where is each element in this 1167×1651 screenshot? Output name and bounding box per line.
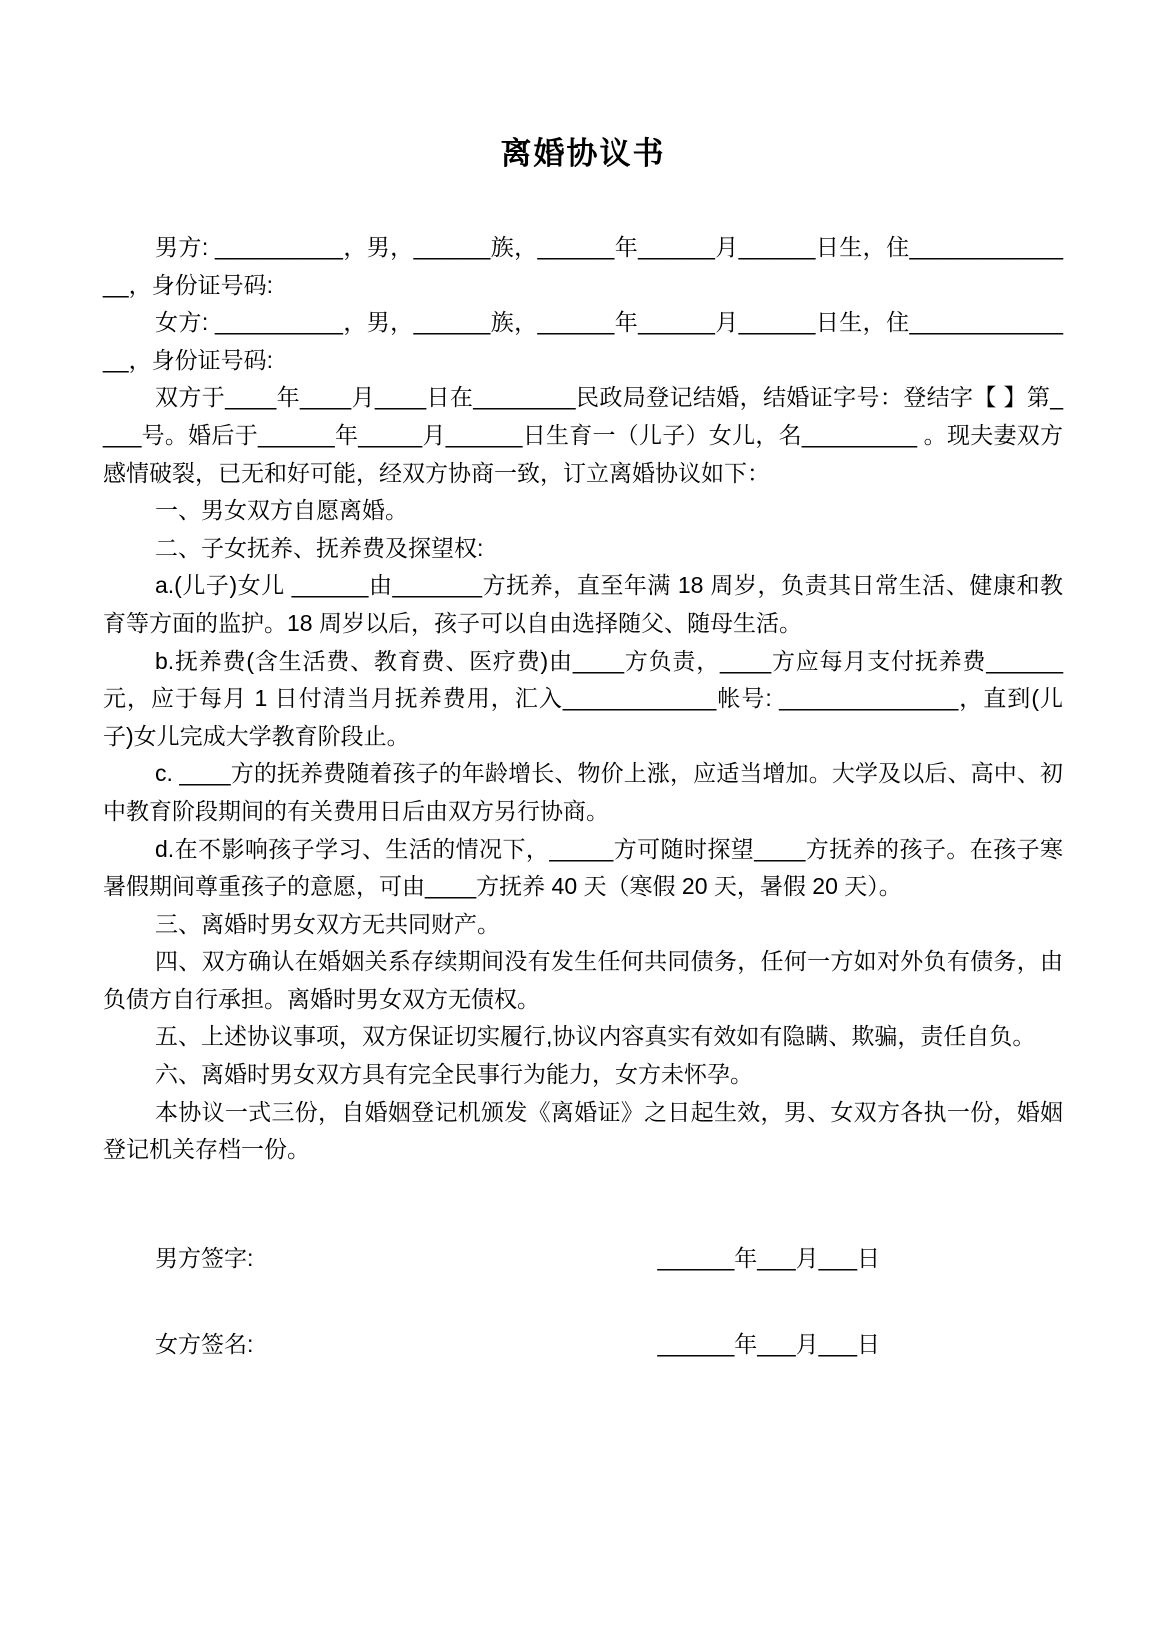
document-page: 离婚协议书 男方: __________，男，______族，______年__…: [0, 0, 1167, 1651]
paragraph-clause-4: 四、双方确认在婚姻关系存续期间没有发生任何共同债务，任何一方如对外负有债务，由负…: [103, 943, 1063, 1018]
paragraph-clause-2a: a.(儿子)女儿 ______由_______方抚养，直至年满 18 周岁，负责…: [103, 567, 1063, 642]
paragraph-clause-2: 二、子女抚养、抚养费及探望权:: [103, 530, 1063, 568]
paragraph-effectiveness: 本协议一式三份，自婚姻登记机颁发《离婚证》之日起生效，男、女双方各执一份，婚姻登…: [103, 1094, 1063, 1169]
paragraph-clause-2c: c. ____方的抚养费随着孩子的年龄增长、物价上涨，应适当增加。大学及以后、高…: [103, 755, 1063, 830]
wife-signature-date: ______年___月___日: [658, 1325, 881, 1363]
paragraph-husband-info: 男方: __________，男，______族，______年______月_…: [103, 229, 1063, 304]
paragraph-wife-info: 女方: __________，男，______族，______年______月_…: [103, 304, 1063, 379]
signature-row-husband: 男方签字: ______年___月___日: [103, 1239, 1063, 1277]
document-title: 离婚协议书: [103, 128, 1063, 173]
wife-signature-label: 女方签名:: [155, 1325, 253, 1363]
paragraph-clause-2d: d.在不影响孩子学习、生活的情况下，_____方可随时探望____方抚养的孩子。…: [103, 831, 1063, 906]
paragraph-clause-2b: b.抚养费(含生活费、教育费、医疗费)由____方负责，____方应每月支付抚养…: [103, 643, 1063, 756]
paragraph-marriage-registration: 双方于____年____月____日在________民政局登记结婚，结婚证字号…: [103, 379, 1063, 492]
paragraph-clause-6: 六、离婚时男女双方具有完全民事行为能力，女方未怀孕。: [103, 1056, 1063, 1094]
paragraph-clause-3: 三、离婚时男女双方无共同财产。: [103, 906, 1063, 944]
signature-row-wife: 女方签名: ______年___月___日: [103, 1325, 1063, 1363]
paragraph-clause-5: 五、上述协议事项，双方保证切实履行,协议内容真实有效如有隐瞒、欺骗，责任自负。: [103, 1018, 1063, 1056]
husband-signature-label: 男方签字:: [155, 1239, 253, 1277]
husband-signature-date: ______年___月___日: [658, 1239, 881, 1277]
paragraph-clause-1: 一、男女双方自愿离婚。: [103, 492, 1063, 530]
